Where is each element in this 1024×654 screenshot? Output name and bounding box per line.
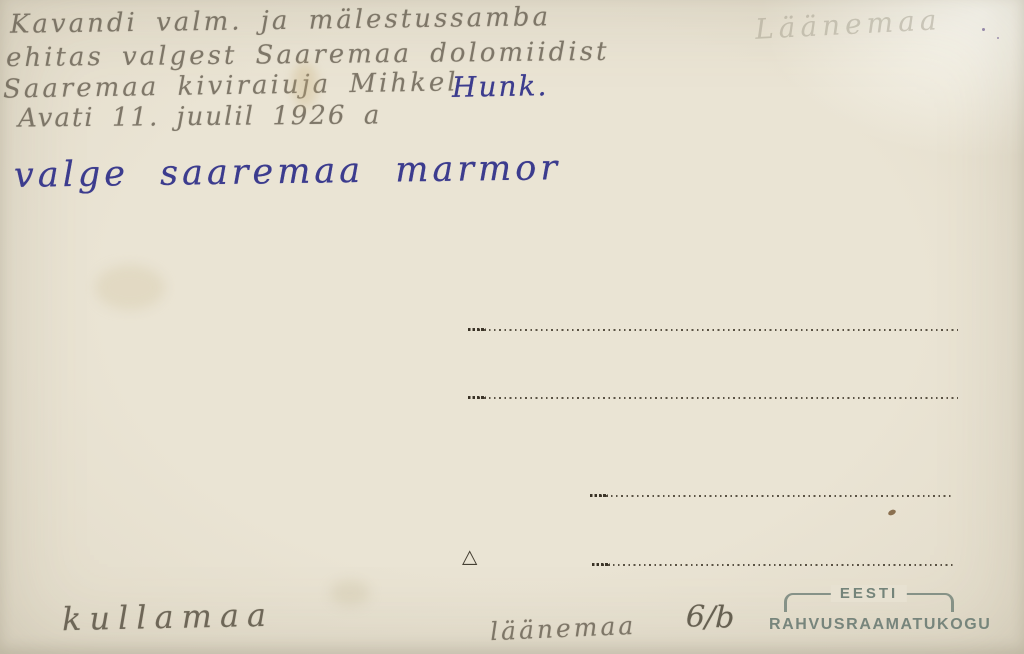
handwriting-bottom-left: kullamaa [62, 596, 275, 638]
stamp-country-label: EESTI [831, 585, 907, 602]
stamp-institution-label: RAHVUSRAAMATUKOGU [769, 616, 964, 634]
handwriting-name-ink: Hunk. [452, 69, 549, 104]
paper-speck [887, 509, 896, 517]
handwriting-faint-topright: Läänemaa [754, 3, 942, 46]
handwriting-line-1: Kavandi valm. ja mälestussamba [10, 2, 551, 40]
postcard-back: Kavandi valm. ja mälestussamba ehitas va… [0, 0, 1024, 654]
handwriting-line-2: ehitas valgest Saaremaa dolomiidist [6, 37, 610, 73]
handwriting-line-3: Saaremaa kiviraiuja Mihkel [3, 67, 459, 104]
paper-stain [330, 580, 370, 606]
address-dotted-line-4 [592, 564, 954, 566]
handwriting-bottom-center: läänemaa [489, 611, 636, 646]
paper-speck [997, 37, 999, 39]
handwriting-ink-title: valge saaremaa marmor [14, 148, 562, 196]
paper-speck [982, 28, 985, 31]
address-dotted-line-2 [468, 397, 958, 399]
stamp-bracket: EESTI [784, 593, 954, 612]
paper-stain [95, 265, 165, 310]
triangle-mark: △ [462, 545, 477, 568]
address-dotted-line-3 [590, 495, 952, 497]
handwriting-number: 6/b [685, 599, 735, 636]
address-dotted-line-1 [468, 329, 958, 331]
handwriting-line-4: Avati 11. juulil 1926 a [18, 100, 381, 133]
library-stamp: EESTI RAHVUSRAAMATUKOGU [770, 593, 964, 634]
